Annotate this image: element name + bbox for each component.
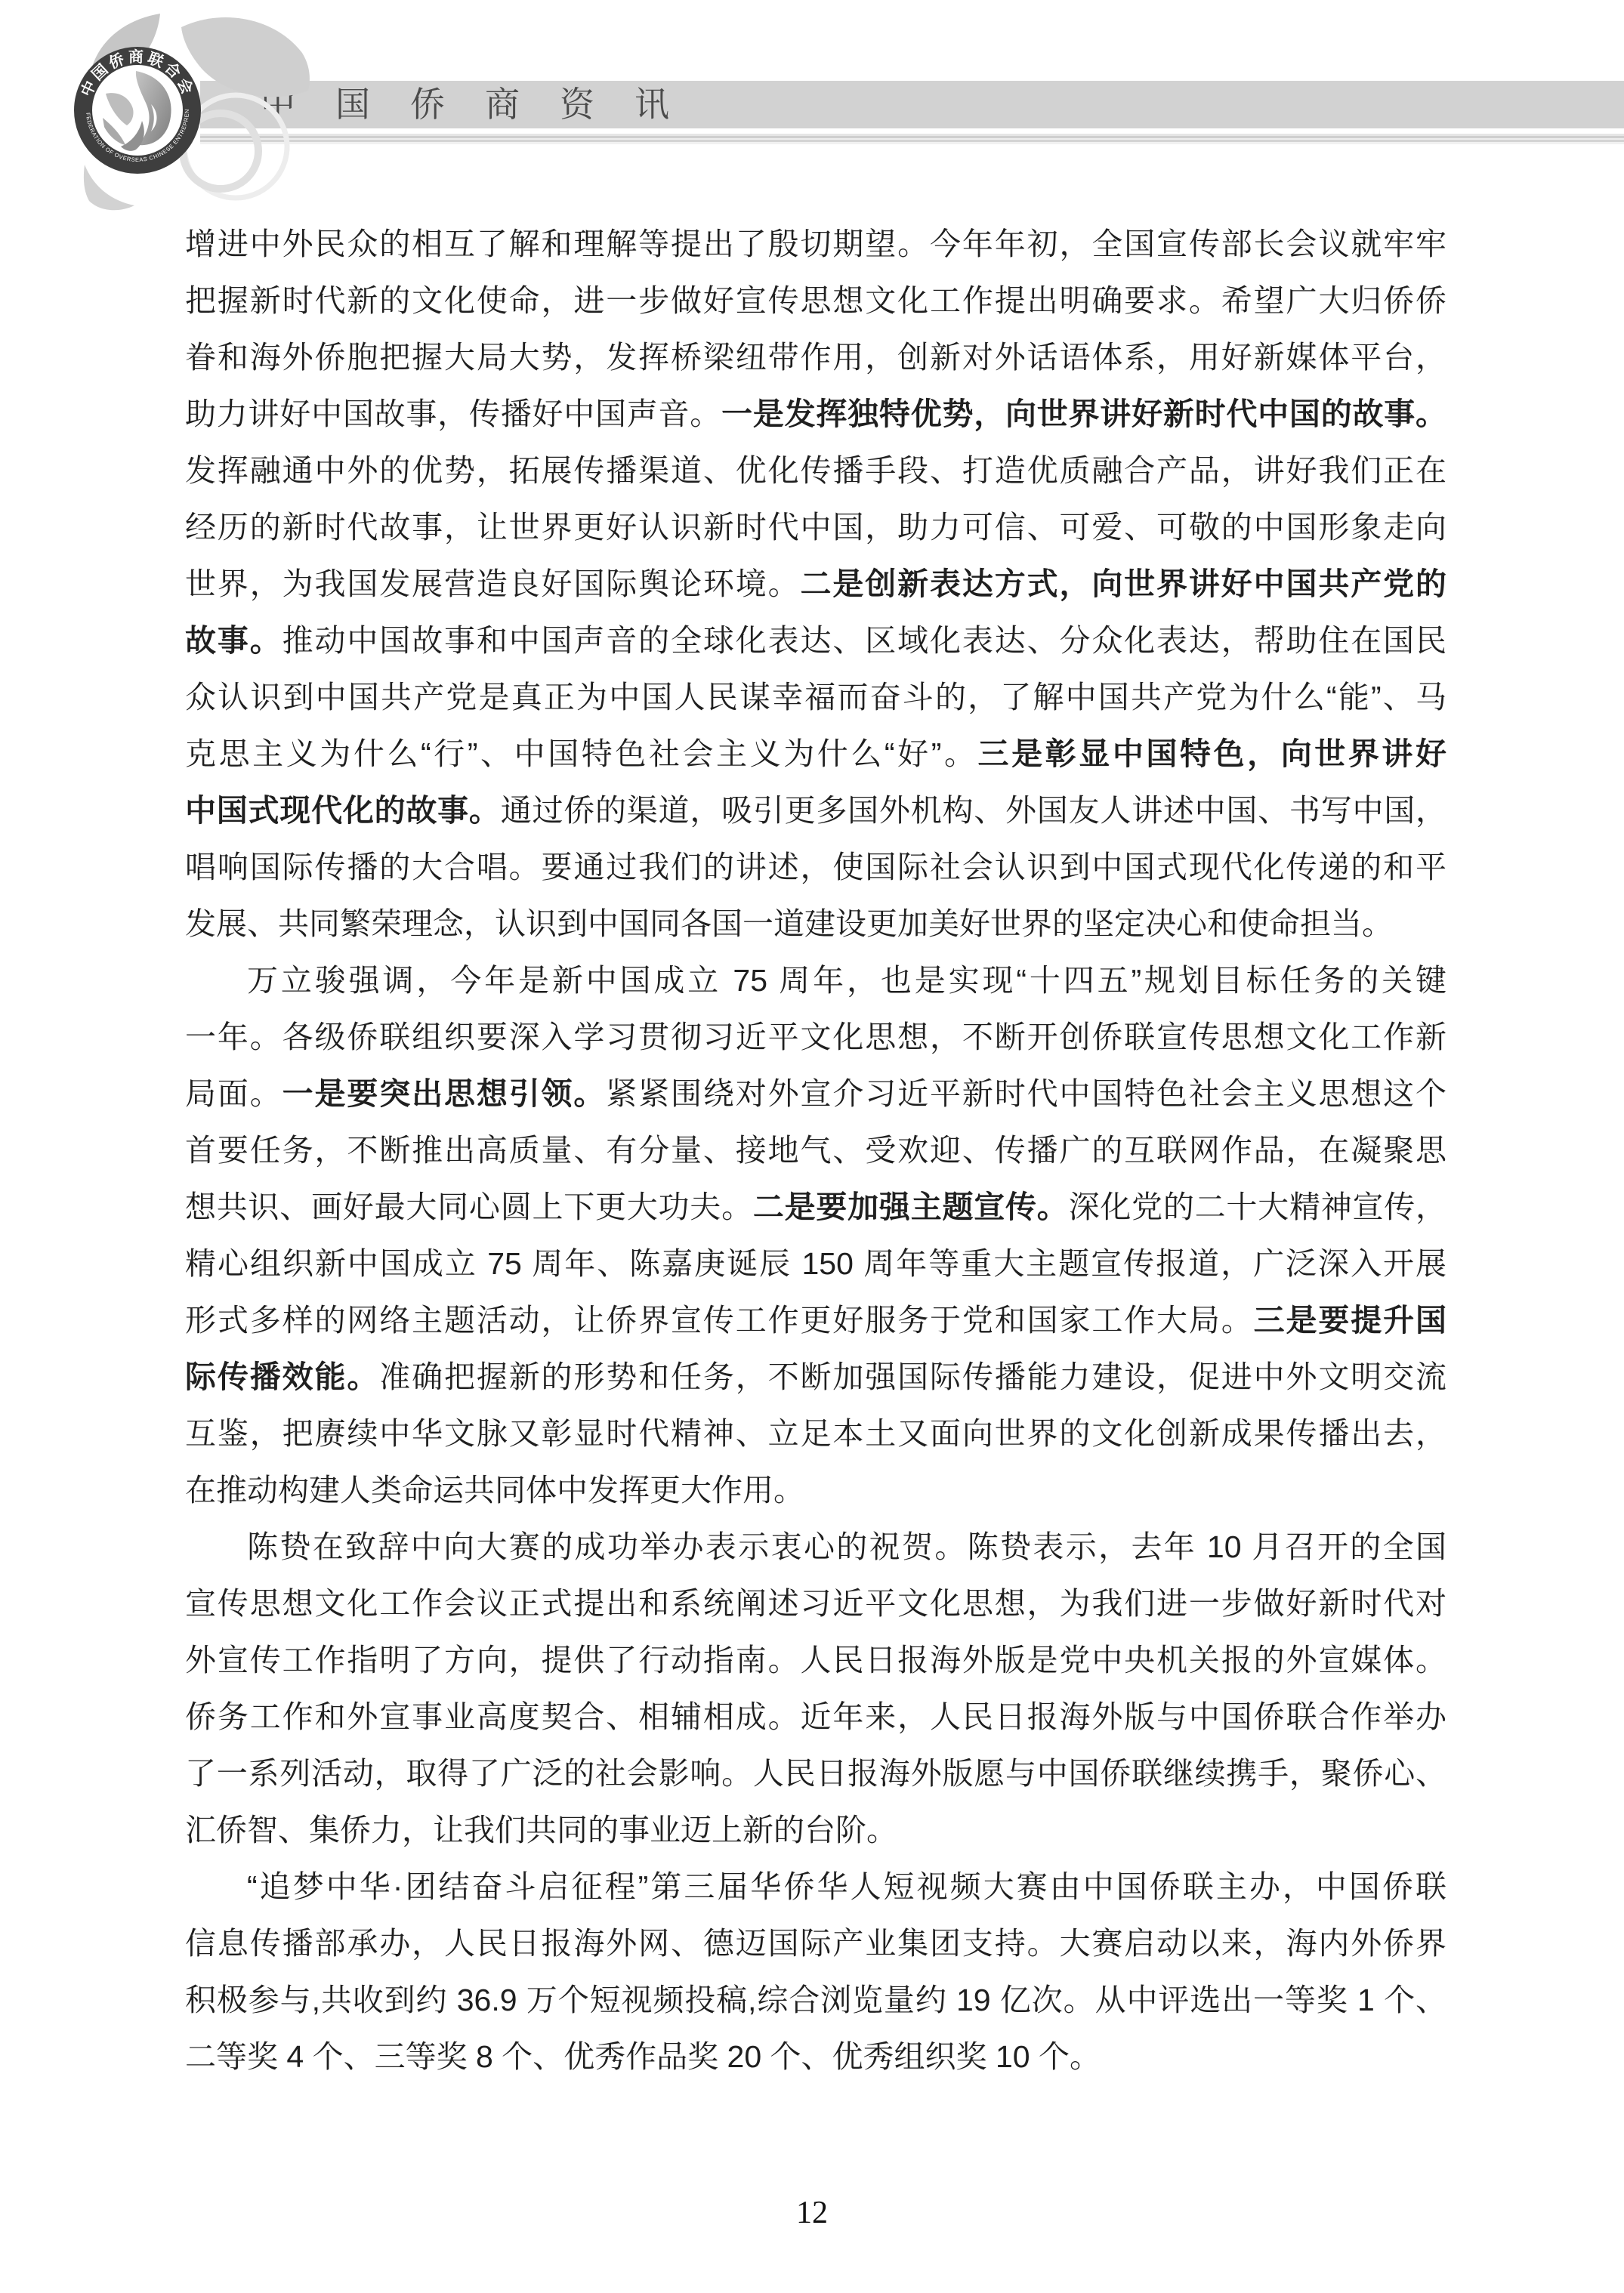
header-banner: 中国侨商资讯 — [200, 81, 1624, 128]
text-line: 局面。一是要突出思想引领。紧紧围绕对外宣介习近平新时代中国特色社会主义思想这个 — [185, 1066, 1446, 1122]
text-line: 信息传播部承办，人民日报海外网、德迈国际产业集团支持。大赛启动以来，海内外侨界 — [185, 1915, 1446, 1972]
text-segment: 通过侨的渠道，吸引更多国外机构、外国友人讲述中国、书写中国， — [501, 793, 1446, 828]
text-line: 在推动构建人类命运共同体中发挥更大作用。 — [185, 1462, 1446, 1519]
text-segment: 二是要加强主题宣传。 — [753, 1190, 1069, 1224]
text-segment: 一是要突出思想引领。 — [283, 1076, 607, 1111]
text-segment: “追梦中华·团结奋斗启征程”第三届华侨华人短视频大赛由中国侨联主办，中国侨联 — [247, 1869, 1446, 1904]
text-segment: 际传播效能。 — [185, 1359, 379, 1394]
text-segment: 想共识、画好最大同心圆上下更大功夫。 — [185, 1190, 753, 1224]
text-segment: 精心组织新中国成立 75 周年、陈嘉庚诞辰 150 周年等重大主题宣传报道，广泛… — [185, 1246, 1446, 1281]
text-line: 经历的新时代故事，让世界更好认识新时代中国，助力可信、可爱、可敬的中国形象走向 — [185, 499, 1446, 556]
text-line: 外宣传工作指明了方向，提供了行动指南。人民日报海外版是党中央机关报的外宣媒体。 — [185, 1632, 1446, 1689]
text-line: 万立骏强调，今年是新中国成立 75 周年，也是实现“十四五”规划目标任务的关键 — [185, 952, 1446, 1009]
text-line: 汇侨智、集侨力，让我们共同的事业迈上新的台阶。 — [185, 1802, 1446, 1859]
text-segment: 信息传播部承办，人民日报海外网、德迈国际产业集团支持。大赛启动以来，海内外侨界 — [185, 1926, 1446, 1961]
text-line: 宣传思想文化工作会议正式提出和系统阐述习近平文化思想，为我们进一步做好新时代对 — [185, 1575, 1446, 1632]
text-line: 助力讲好中国故事，传播好中国声音。一是发挥独特优势，向世界讲好新时代中国的故事。 — [185, 386, 1446, 443]
text-line: 众认识到中国共产党是真正为中国人民谋幸福而奋斗的，了解中国共产党为什么“能”、马 — [185, 669, 1446, 726]
text-line: 首要任务，不断推出高质量、有分量、接地气、受欢迎、传播广的互联网作品，在凝聚思 — [185, 1122, 1446, 1179]
page-number: 12 — [0, 2195, 1624, 2231]
text-segment: 首要任务，不断推出高质量、有分量、接地气、受欢迎、传播广的互联网作品，在凝聚思 — [185, 1133, 1446, 1168]
text-segment: 发挥融通中外的优势，拓展传播渠道、优化传播手段、打造优质融合产品，讲好我们正在 — [185, 453, 1446, 488]
text-line: 陈贽在致辞中向大赛的成功举办表示衷心的祝贺。陈贽表示，去年 10 月召开的全国 — [185, 1519, 1446, 1575]
text-segment: 唱响国际传播的大合唱。要通过我们的讲述，使国际社会认识到中国式现代化传递的和平 — [185, 850, 1446, 884]
text-line: 互鉴，把赓续中华文脉又彰显时代精神、立足本土又面向世界的文化创新成果传播出去， — [185, 1406, 1446, 1462]
text-segment: 紧紧围绕对外宣介习近平新时代中国特色社会主义思想这个 — [606, 1076, 1446, 1111]
text-line: 一年。各级侨联组织要深入学习贯彻习近平文化思想，不断开创侨联宣传思想文化工作新 — [185, 1009, 1446, 1066]
text-segment: 助力讲好中国故事，传播好中国声音。 — [185, 397, 721, 431]
header-divider-stripes — [200, 134, 1624, 144]
text-segment: 二等奖 4 个、三等奖 8 个、优秀作品奖 20 个、优秀组织奖 10 个。 — [185, 2039, 1101, 2074]
text-segment: 三是彰显中国特色，向世界讲好 — [978, 736, 1446, 771]
text-segment: 汇侨智、集侨力，让我们共同的事业迈上新的台阶。 — [185, 1813, 897, 1847]
text-segment: 在推动构建人类命运共同体中发挥更大作用。 — [185, 1473, 804, 1508]
text-segment: 中国式现代化的故事。 — [185, 793, 501, 828]
text-line: 发展、共同繁荣理念，认识到中国同各国一道建设更加美好世界的坚定决心和使命担当。 — [185, 896, 1446, 952]
text-line: 故事。推动中国故事和中国声音的全球化表达、区域化表达、分众化表达，帮助住在国民 — [185, 613, 1446, 669]
text-segment: 宣传思想文化工作会议正式提出和系统阐述习近平文化思想，为我们进一步做好新时代对 — [185, 1586, 1446, 1621]
text-line: 二等奖 4 个、三等奖 8 个、优秀作品奖 20 个、优秀组织奖 10 个。 — [185, 2029, 1446, 2085]
text-line: 把握新时代新的文化使命，进一步做好宣传思想文化工作提出明确要求。希望广大归侨侨 — [185, 273, 1446, 329]
text-segment: 准确把握新的形势和任务，不断加强国际传播能力建设，促进中外文明交流 — [379, 1359, 1446, 1394]
text-segment: 一年。各级侨联组织要深入学习贯彻习近平文化思想，不断开创侨联宣传思想文化工作新 — [185, 1020, 1446, 1054]
text-segment: 克思主义为什么“行”、中国特色社会主义为什么“好”。 — [185, 736, 978, 771]
magazine-page: 中国侨商资讯 中国侨商联合会 — [0, 0, 1624, 2293]
text-segment: 一是发挥独特优势，向世界讲好新时代中国的故事。 — [721, 397, 1446, 431]
text-segment: 发展、共同繁荣理念，认识到中国同各国一道建设更加美好世界的坚定决心和使命担当。 — [185, 906, 1393, 941]
text-segment: 增进中外民众的相互了解和理解等提出了殷切期望。今年年初，全国宣传部长会议就牢牢 — [185, 227, 1446, 261]
text-segment: 眷和海外侨胞把握大局大势，发挥桥梁纽带作用，创新对外话语体系，用好新媒体平台， — [185, 340, 1446, 375]
text-segment: 推动中国故事和中国声音的全球化表达、区域化表达、分众化表达，帮助住在国民 — [283, 623, 1446, 658]
logo-emblem-icon: 中国侨商联合会 CHINA FEDERATION OF OVERSEAS CHI… — [45, 6, 332, 218]
text-line: 世界，为我国发展营造良好国际舆论环境。二是创新表达方式，向世界讲好中国共产党的 — [185, 556, 1446, 613]
text-segment: 侨务工作和外宣事业高度契合、相辅相成。近年来，人民日报海外版与中国侨联合作举办 — [185, 1699, 1446, 1734]
text-line: 想共识、画好最大同心圆上下更大功夫。二是要加强主题宣传。深化党的二十大精神宣传， — [185, 1179, 1446, 1236]
text-line: 积极参与,共收到约 36.9 万个短视频投稿,综合浏览量约 19 亿次。从中评选… — [185, 1972, 1446, 2029]
text-segment: 故事。 — [185, 623, 283, 658]
text-line: 增进中外民众的相互了解和理解等提出了殷切期望。今年年初，全国宣传部长会议就牢牢 — [185, 216, 1446, 273]
text-segment: 众认识到中国共产党是真正为中国人民谋幸福而奋斗的，了解中国共产党为什么“能”、马 — [185, 680, 1446, 714]
organization-logo: 中国侨商联合会 CHINA FEDERATION OF OVERSEAS CHI… — [45, 6, 332, 218]
text-segment: 了一系列活动，取得了广泛的社会影响。人民日报海外版愿与中国侨联继续携手，聚侨心、 — [185, 1756, 1446, 1791]
text-line: 眷和海外侨胞把握大局大势，发挥桥梁纽带作用，创新对外话语体系，用好新媒体平台， — [185, 329, 1446, 386]
text-line: 克思主义为什么“行”、中国特色社会主义为什么“好”。三是彰显中国特色，向世界讲好 — [185, 726, 1446, 782]
text-line: 中国式现代化的故事。通过侨的渠道，吸引更多国外机构、外国友人讲述中国、书写中国， — [185, 782, 1446, 839]
text-line: “追梦中华·团结奋斗启征程”第三届华侨华人短视频大赛由中国侨联主办，中国侨联 — [185, 1859, 1446, 1915]
text-segment: 把握新时代新的文化使命，进一步做好宣传思想文化工作提出明确要求。希望广大归侨侨 — [185, 283, 1446, 318]
text-segment: 深化党的二十大精神宣传， — [1069, 1190, 1446, 1224]
text-segment: 万立骏强调，今年是新中国成立 75 周年，也是实现“十四五”规划目标任务的关键 — [247, 963, 1446, 998]
text-segment: 互鉴，把赓续中华文脉又彰显时代精神、立足本土又面向世界的文化创新成果传播出去， — [185, 1416, 1446, 1451]
text-line: 侨务工作和外宣事业高度契合、相辅相成。近年来，人民日报海外版与中国侨联合作举办 — [185, 1689, 1446, 1745]
text-segment: 三是要提升国 — [1254, 1303, 1446, 1338]
text-line: 精心组织新中国成立 75 周年、陈嘉庚诞辰 150 周年等重大主题宣传报道，广泛… — [185, 1236, 1446, 1292]
text-segment: 二是创新表达方式，向世界讲好中国共产党的 — [801, 566, 1447, 601]
text-line: 形式多样的网络主题活动，让侨界宣传工作更好服务于党和国家工作大局。三是要提升国 — [185, 1292, 1446, 1349]
text-segment: 局面。 — [185, 1076, 283, 1111]
text-line: 发挥融通中外的优势，拓展传播渠道、优化传播手段、打造优质融合产品，讲好我们正在 — [185, 443, 1446, 499]
text-segment: 世界，为我国发展营造良好国际舆论环境。 — [185, 566, 801, 601]
text-line: 际传播效能。准确把握新的形势和任务，不断加强国际传播能力建设，促进中外文明交流 — [185, 1349, 1446, 1406]
text-segment: 积极参与,共收到约 36.9 万个短视频投稿,综合浏览量约 19 亿次。从中评选… — [185, 1983, 1446, 2017]
text-segment: 陈贽在致辞中向大赛的成功举办表示衷心的祝贺。陈贽表示，去年 10 月召开的全国 — [247, 1529, 1446, 1564]
text-segment: 经历的新时代故事，让世界更好认识新时代中国，助力可信、可爱、可敬的中国形象走向 — [185, 510, 1446, 545]
text-segment: 形式多样的网络主题活动，让侨界宣传工作更好服务于党和国家工作大局。 — [185, 1303, 1254, 1338]
text-segment: 外宣传工作指明了方向，提供了行动指南。人民日报海外版是党中央机关报的外宣媒体。 — [185, 1643, 1446, 1677]
text-line: 了一系列活动，取得了广泛的社会影响。人民日报海外版愿与中国侨联继续携手，聚侨心、 — [185, 1745, 1446, 1802]
text-line: 唱响国际传播的大合唱。要通过我们的讲述，使国际社会认识到中国式现代化传递的和平 — [185, 839, 1446, 896]
article-body: 增进中外民众的相互了解和理解等提出了殷切期望。今年年初，全国宣传部长会议就牢牢把… — [185, 216, 1446, 2085]
petal-swoosh-right — [181, 17, 310, 97]
